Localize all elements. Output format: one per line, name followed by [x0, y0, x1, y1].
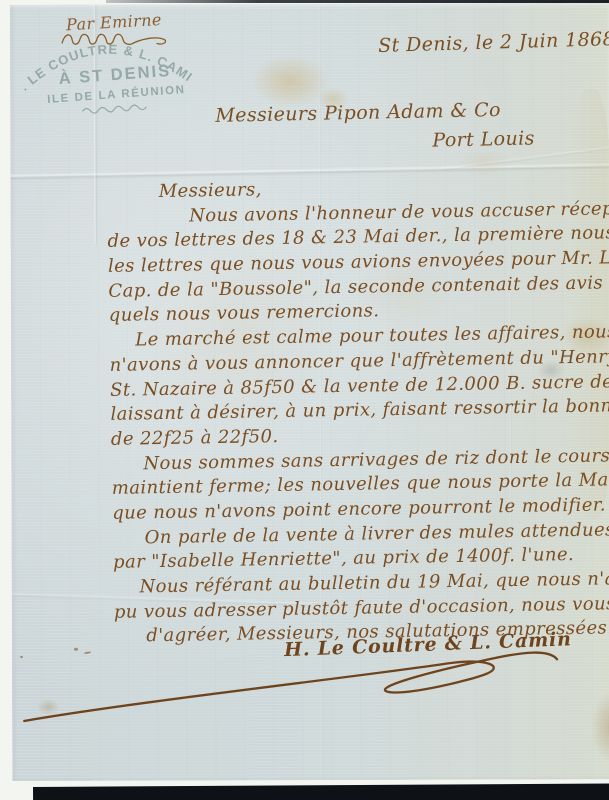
letter-body: Messieurs, Nous avons l'honneur de vous … — [11, 172, 609, 652]
signature-paraph — [12, 647, 609, 739]
letter-paper: Par Emirne H. LE COULTRE & L. CAMIN À ST… — [10, 3, 609, 781]
addressee-city: Port Louis — [432, 127, 535, 151]
addressee: Messieurs Pipon Adam & Co — [215, 99, 501, 127]
stamp-squiggle — [82, 104, 146, 114]
dateline: St Denis, le 2 Juin 1868 — [378, 28, 609, 57]
stamp-place-text: À ST DENIS — [58, 61, 172, 88]
letterhead-stamp: H. LE COULTRE & L. CAMIN À ST DENIS ILE … — [10, 30, 203, 129]
scanned-letter: Par Emirne H. LE COULTRE & L. CAMIN À ST… — [0, 0, 609, 800]
scanner-gap-bottom — [33, 783, 609, 800]
